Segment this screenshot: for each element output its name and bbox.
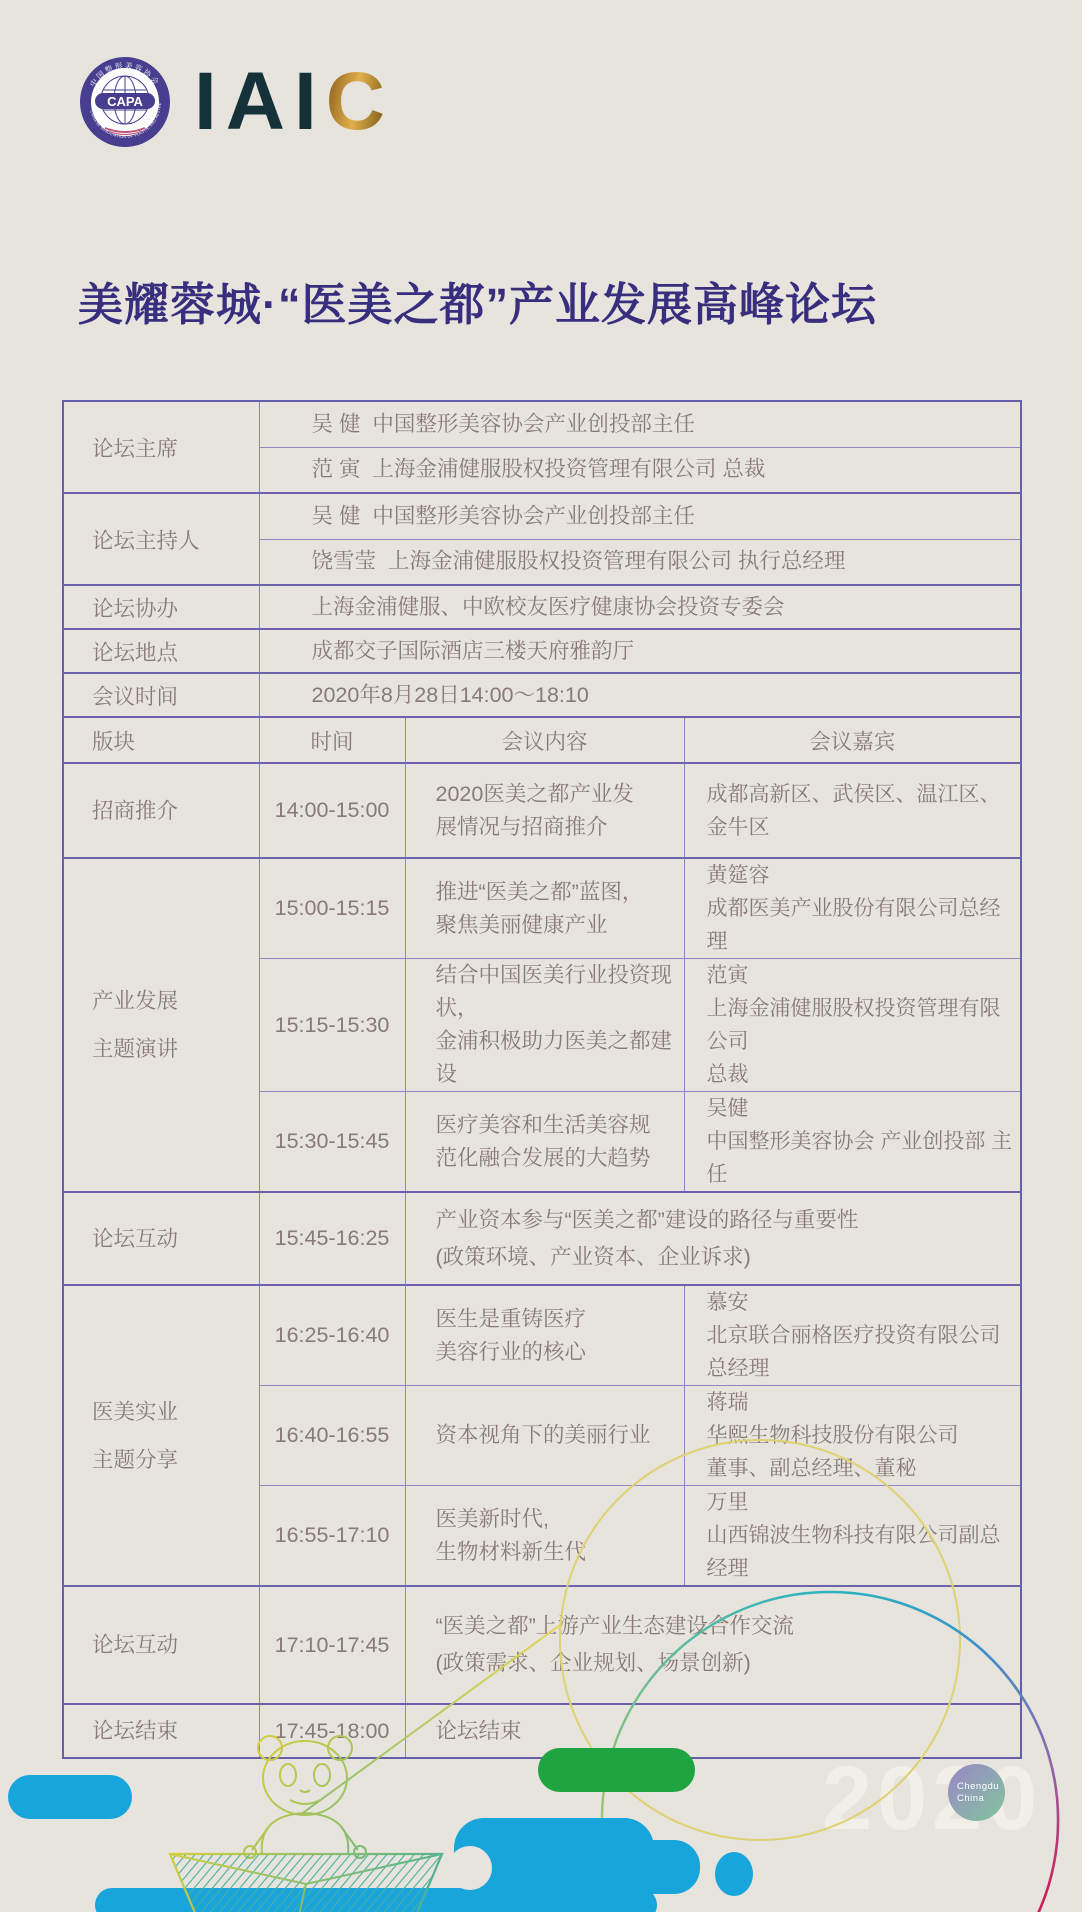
ghost-year-text: 2020 [822, 1748, 1042, 1851]
section-label: 论坛互动 [63, 1586, 259, 1704]
guest-cell: 成都高新区、武侯区、温江区、金牛区 [684, 763, 1021, 858]
page-title: 美耀蓉城·“医美之都”产业发展高峰论坛 [78, 268, 1018, 333]
column-header: 时间 [259, 717, 405, 763]
table-row: 论坛地点 成都交子国际酒店三楼天府雅韵厅 [63, 629, 1021, 673]
badge-line2: China [957, 1793, 1005, 1805]
section-label: 论坛结束 [63, 1704, 259, 1758]
capa-emblem-icon: 中国整形美容协会 CHINESE ASSOCIATION OF PLASTIC … [78, 55, 172, 149]
info-value: 上海金浦健服、中欧校友医疗健康协会投资专委会 [259, 585, 1021, 629]
info-label: 论坛协办 [63, 585, 259, 629]
time-cell: 17:45-18:00 [259, 1704, 405, 1758]
boat-illustration [170, 1854, 442, 1920]
content-cell: 医疗美容和生活美容规 范化融合发展的大趋势 [405, 1092, 684, 1193]
content-cell: 产业资本参与“医美之都”建设的路径与重要性 (政策环境、产业资本、企业诉求) [405, 1192, 1021, 1285]
content-cell: “医美之都”上游产业生态建设合作交流 (政策需求、企业规划、场景创新) [405, 1586, 1021, 1704]
badge-line1: Chengdu [957, 1781, 1005, 1793]
content-cell: 医生是重铸医疗 美容行业的核心 [405, 1285, 684, 1386]
blue-blob-shapes [8, 1775, 753, 1922]
guest-cell: 范寅 上海金浦健服股权投资管理有限公司 总裁 [684, 959, 1021, 1092]
table-row: 论坛主席 吴 健 中国整形美容协会产业创投部主任 [63, 401, 1021, 447]
iaic-logo-accent: C [326, 56, 394, 147]
section-label: 论坛互动 [63, 1192, 259, 1285]
table-row: 论坛协办 上海金浦健服、中欧校友医疗健康协会投资专委会 [63, 585, 1021, 629]
section-label: 产业发展 主题演讲 [63, 858, 259, 1192]
agenda-row: 论坛互动 17:10-17:45 “医美之都”上游产业生态建设合作交流 (政策需… [63, 1586, 1021, 1704]
content-cell: 论坛结束 [405, 1704, 1021, 1758]
emblem-capa-text: CAPA [107, 94, 143, 109]
time-cell: 15:00-15:15 [259, 858, 405, 959]
column-header: 会议嘉宾 [684, 717, 1021, 763]
time-cell: 17:10-17:45 [259, 1586, 405, 1704]
column-header: 会议内容 [405, 717, 684, 763]
info-label: 论坛地点 [63, 629, 259, 673]
content-cell: 结合中国医美行业投资现状， 金浦积极助力医美之都建设 [405, 959, 684, 1092]
guest-cell: 蒋瑞 华熙生物科技股份有限公司 董事、副总经理、董秘 [684, 1386, 1021, 1486]
column-header: 版块 [63, 717, 259, 763]
info-value: 2020年8月28日14:00～18:10 [259, 673, 1021, 717]
time-cell: 15:45-16:25 [259, 1192, 405, 1285]
content-cell: 2020医美之都产业发 展情况与招商推介 [405, 763, 684, 858]
guest-cell: 吴健 中国整形美容协会 产业创投部 主任 [684, 1092, 1021, 1193]
content-cell: 推进“医美之都”蓝图， 聚焦美丽健康产业 [405, 858, 684, 959]
table-row: 会议时间 2020年8月28日14:00～18:10 [63, 673, 1021, 717]
info-value: 吴 健 中国整形美容协会产业创投部主任 [259, 401, 1021, 447]
time-cell: 15:15-15:30 [259, 959, 405, 1092]
poster-page: 2020 Chengdu China 中国整形美容协会 CHINESE ASSO… [0, 0, 1082, 1922]
table-row: 论坛主持人 吴 健 中国整形美容协会产业创投部主任 [63, 493, 1021, 539]
iaic-logo: IAIC [194, 55, 394, 149]
info-value: 吴 健 中国整形美容协会产业创投部主任 [259, 493, 1021, 539]
info-value: 饶雪莹 上海金浦健服股权投资管理有限公司 执行总经理 [259, 539, 1021, 585]
info-value: 范 寅 上海金浦健服股权投资管理有限公司 总裁 [259, 447, 1021, 493]
agenda-row: 产业发展 主题演讲 15:00-15:15 推进“医美之都”蓝图， 聚焦美丽健康… [63, 858, 1021, 959]
time-cell: 14:00-15:00 [259, 763, 405, 858]
guest-cell: 黄筵容 成都医美产业股份有限公司总经理 [684, 858, 1021, 959]
guest-cell: 万里 山西锦波生物科技有限公司副总经理 [684, 1486, 1021, 1587]
agenda-row: 招商推介 14:00-15:00 2020医美之都产业发 展情况与招商推介 成都… [63, 763, 1021, 858]
agenda-row: 论坛互动 15:45-16:25 产业资本参与“医美之都”建设的路径与重要性 (… [63, 1192, 1021, 1285]
chengdu-china-badge: Chengdu China [948, 1764, 1005, 1821]
agenda-table: 论坛主席 吴 健 中国整形美容协会产业创投部主任 范 寅 上海金浦健服股权投资管… [62, 400, 1022, 1759]
guest-cell: 慕安 北京联合丽格医疗投资有限公司 总经理 [684, 1285, 1021, 1386]
section-label: 医美实业 主题分享 [63, 1285, 259, 1586]
info-label: 论坛主持人 [63, 493, 259, 585]
time-cell: 16:40-16:55 [259, 1386, 405, 1486]
info-value: 成都交子国际酒店三楼天府雅韵厅 [259, 629, 1021, 673]
header-logo-row: 中国整形美容协会 CHINESE ASSOCIATION OF PLASTIC … [78, 52, 394, 152]
info-label: 会议时间 [63, 673, 259, 717]
iaic-logo-main: IAI [194, 56, 326, 147]
table-header-row: 版块 时间 会议内容 会议嘉宾 [63, 717, 1021, 763]
bottom-white-strip [0, 1912, 1082, 1922]
agenda-row: 医美实业 主题分享 16:25-16:40 医生是重铸医疗 美容行业的核心 慕安… [63, 1285, 1021, 1386]
info-label: 论坛主席 [63, 401, 259, 493]
section-label: 招商推介 [63, 763, 259, 858]
content-cell: 医美新时代, 生物材料新生代 [405, 1486, 684, 1587]
content-cell: 资本视角下的美丽行业 [405, 1386, 684, 1486]
time-cell: 15:30-15:45 [259, 1092, 405, 1193]
time-cell: 16:55-17:10 [259, 1486, 405, 1587]
agenda-row: 论坛结束 17:45-18:00 论坛结束 [63, 1704, 1021, 1758]
time-cell: 16:25-16:40 [259, 1285, 405, 1386]
